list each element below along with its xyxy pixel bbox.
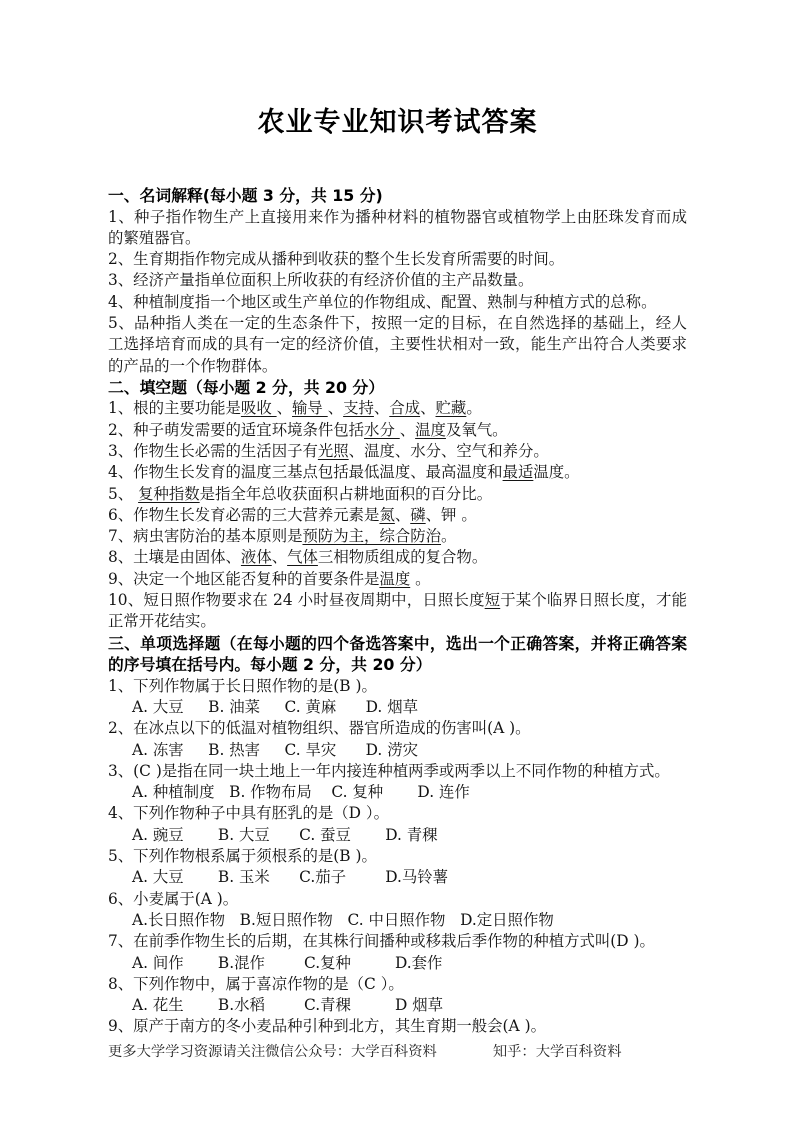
- question-stem: 1、下列作物属于长日照作物的是(B )。: [108, 676, 687, 697]
- document-page: 农业专业知识考试答案 一、名词解释(每小题 3 分，共 15 分) 1、种子指作…: [0, 0, 793, 1122]
- question-options: A. 花生 B.水稻 C.青稞 D 烟草: [108, 995, 687, 1016]
- question-options: A. 豌豆 B. 大豆 C. 蚕豆 D. 青稞: [108, 825, 687, 846]
- question-options: A. 间作 B.混作 C.复种 D.套作: [108, 953, 687, 974]
- page-footer: 更多大学学习资源请关注微信公众号：大学百科资料知乎：大学百科资料: [108, 1041, 693, 1061]
- definition-item: 3、经济产量指单位面积上所收获的有经济价值的主产品数量。: [108, 270, 687, 291]
- fill-blank-item: 4、作物生长发育的温度三基点包括最低温度、最高温度和最适温度。: [108, 462, 687, 483]
- section-fill-blanks: 二、填空题（每小题 2 分，共 20 分） 1、根的主要功能是吸收 、输导 、支…: [108, 377, 687, 633]
- definition-item: 4、种植制度指一个地区或生产单位的作物组成、配置、熟制与种植方式的总称。: [108, 292, 687, 313]
- question-options: A. 种植制度 B. 作物布局 C. 复种 D. 连作: [108, 782, 687, 803]
- definitions-heading: 一、名词解释(每小题 3 分，共 15 分): [108, 185, 687, 207]
- question-stem: 2、在冰点以下的低温对植物组织、器官所造成的伤害叫(A )。: [108, 718, 687, 739]
- multiple-choice-heading: 三、单项选择题（在每小题的四个备选答案中，选出一个正确答案，并将正确答案的序号填…: [108, 633, 687, 676]
- question-options: A. 大豆 B. 油菜 C. 黄麻 D. 烟草: [108, 697, 687, 718]
- question-stem: 4、下列作物种子中具有胚乳的是（D ）。: [108, 803, 687, 824]
- definition-item: 5、品种指人类在一定的生态条件下，按照一定的目标，在自然选择的基础上，经人工选择…: [108, 313, 687, 377]
- question-options: A.长日照作物 B.短日照作物 C. 中日照作物 D.定日照作物: [108, 910, 687, 931]
- fill-blanks-heading: 二、填空题（每小题 2 分，共 20 分）: [108, 377, 687, 399]
- footer-zhihu-note: 知乎：大学百科资料: [493, 1044, 622, 1060]
- question-stem: 8、下列作物中，属于喜凉作物的是（C ）。: [108, 974, 687, 995]
- fill-blank-item: 9、决定一个地区能否复种的首要条件是温度 。: [108, 569, 687, 590]
- footer-wechat-note: 更多大学学习资源请关注微信公众号：大学百科资料: [108, 1044, 437, 1060]
- question-stem: 3、(C )是指在同一块土地上一年内接连种植两季或两季以上不同作物的种植方式。: [108, 761, 687, 782]
- fill-blank-item: 8、土壤是由固体、液体、气体三相物质组成的复合物。: [108, 547, 687, 568]
- question-options: A. 冻害 B. 热害 C. 旱灾 D. 涝灾: [108, 740, 687, 761]
- definition-item: 2、生育期指作物完成从播种到收获的整个生长发育所需要的时间。: [108, 249, 687, 270]
- fill-blank-item: 10、短日照作物要求在 24 小时昼夜周期中，日照长度短于某个临界日照长度，才能…: [108, 590, 687, 633]
- question-stem: 7、在前季作物生长的后期，在其株行间播种或移栽后季作物的种植方式叫(D )。: [108, 931, 687, 952]
- section-definitions: 一、名词解释(每小题 3 分，共 15 分) 1、种子指作物生产上直接用来作为播…: [108, 185, 687, 377]
- fill-blank-item: 3、作物生长必需的生活因子有光照、温度、水分、空气和养分。: [108, 441, 687, 462]
- question-stem: 9、原产于南方的冬小麦品种引种到北方，其生育期一般会(A )。: [108, 1016, 687, 1037]
- definition-item: 1、种子指作物生产上直接用来作为播种材料的植物器官或植物学上由胚珠发育而成的繁殖…: [108, 207, 687, 250]
- question-stem: 6、小麦属于(A )。: [108, 889, 687, 910]
- question-options: A. 大豆 B. 玉米 C.茄子 D.马铃薯: [108, 867, 687, 888]
- fill-blank-item: 1、根的主要功能是吸收 、输导 、支持、合成、贮藏。: [108, 398, 687, 419]
- section-multiple-choice: 三、单项选择题（在每小题的四个备选答案中，选出一个正确答案，并将正确答案的序号填…: [108, 633, 687, 1038]
- question-stem: 5、下列作物根系属于须根系的是(B )。: [108, 846, 687, 867]
- fill-blank-item: 7、病虫害防治的基本原则是预防为主，综合防治。: [108, 526, 687, 547]
- fill-blank-item: 5、 复种指数是指全年总收获面积占耕地面积的百分比。: [108, 484, 687, 505]
- fill-blank-item: 6、作物生长发育必需的三大营养元素是氮、磷、钾 。: [108, 505, 687, 526]
- fill-blank-item: 2、种子萌发需要的适宜环境条件包括水分 、温度及氧气。: [108, 420, 687, 441]
- page-title: 农业专业知识考试答案: [108, 100, 687, 139]
